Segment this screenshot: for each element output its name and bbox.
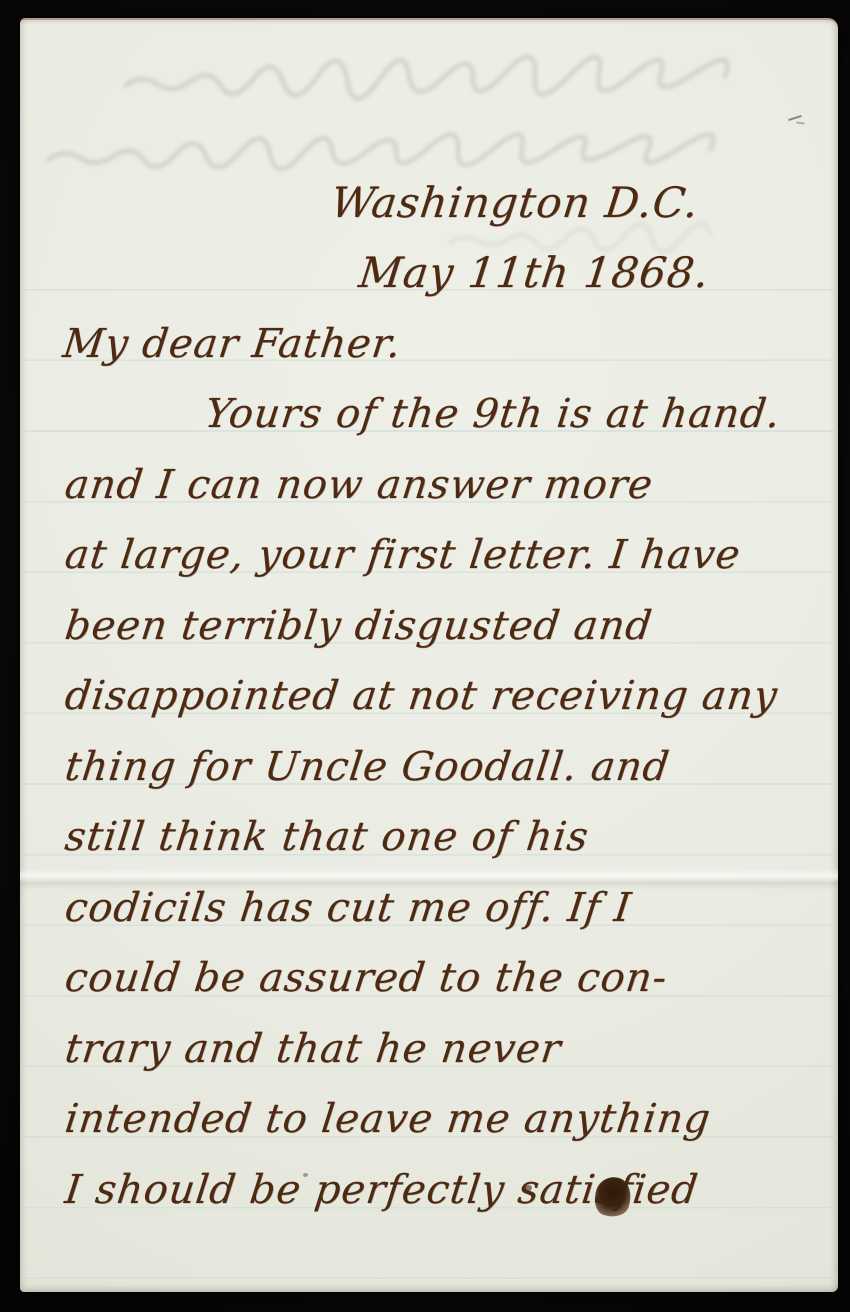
letter-line: could be assured to the con- [62, 952, 670, 1004]
letter-line: intended to leave me anything [62, 1093, 714, 1145]
letter-line: and I can now answer more [62, 459, 656, 511]
ink-speck [517, 1198, 521, 1201]
date-line: May 11th 1868. [356, 247, 712, 299]
letter-page: Washington D.C. May 11th 1868. My dear F… [20, 18, 838, 1292]
ink-speck [525, 1185, 532, 1191]
letter-photo: { "document": { "kind": "handwritten let… [0, 0, 850, 1312]
letter-line: codicils has cut me off. If I [62, 882, 634, 934]
ink-speck [303, 1173, 308, 1177]
letter-line: at large, your first letter. I have [62, 529, 744, 581]
letter-line: been terribly disgusted and [62, 600, 655, 652]
photo-background: Washington D.C. May 11th 1868. My dear F… [0, 0, 850, 1312]
letter-line: trary and that he never [62, 1023, 564, 1075]
letter-line: disappointed at not receiving any [62, 670, 781, 722]
letter-line: Yours of the 9th is at hand. [202, 388, 784, 440]
place-line: Washington D.C. [328, 177, 702, 229]
salutation-line: My dear Father. [60, 318, 404, 370]
letter-line: still think that one of his [62, 811, 592, 863]
letter-line: thing for Uncle Goodall. and [62, 741, 673, 793]
